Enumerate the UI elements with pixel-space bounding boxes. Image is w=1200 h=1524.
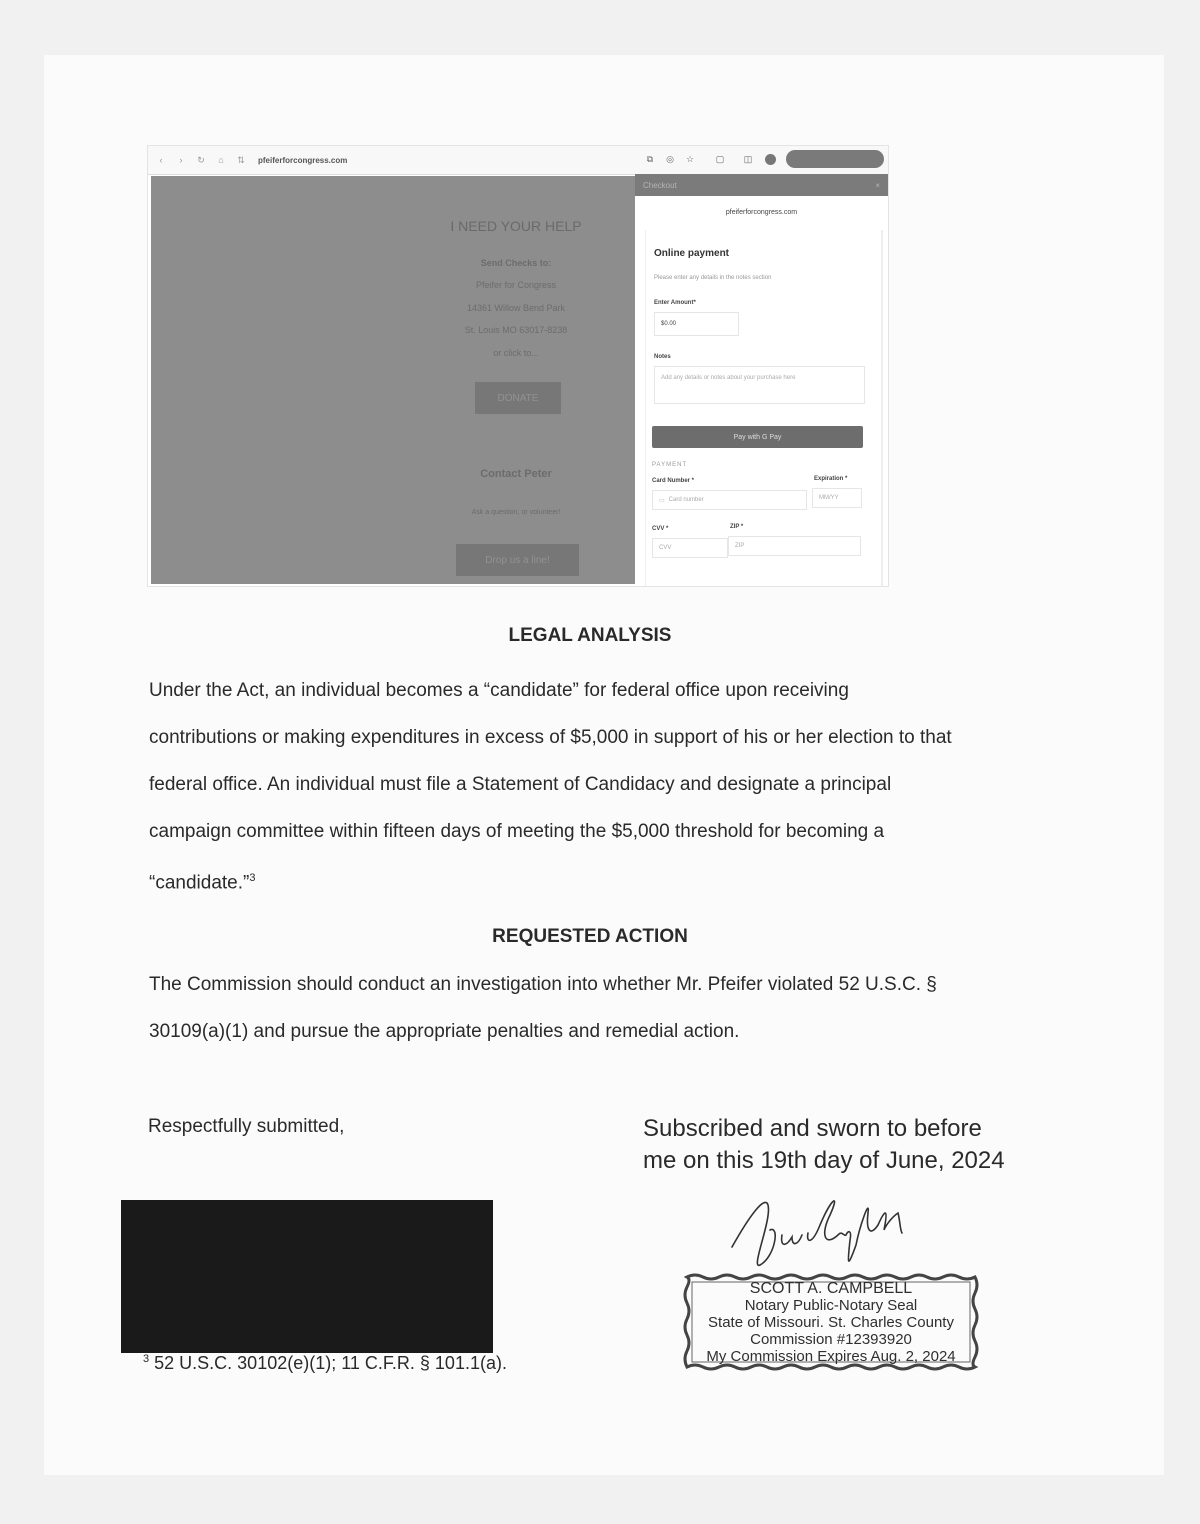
- checkout-title: Checkout: [643, 181, 677, 190]
- site-settings-icon: ⇅: [234, 155, 248, 166]
- contact-subtitle: Ask a question, or volunteer!: [421, 509, 611, 516]
- paragraph-line: campaign committee within fifteen days o…: [149, 808, 1049, 855]
- cvv-label: CVV *: [652, 526, 668, 532]
- gpay-button: Pay with G Pay: [652, 426, 863, 448]
- footnote-number: 3: [143, 1353, 149, 1365]
- card-number-field: ▭ Card number: [652, 490, 807, 510]
- paragraph-line: 30109(a)(1) and pursue the appropriate p…: [149, 1008, 1049, 1055]
- notary-jurisdiction: State of Missouri. St. Charles County: [683, 1314, 979, 1331]
- redacted-signature-block: [121, 1200, 493, 1353]
- browser-update-pill: [786, 150, 884, 168]
- address-bar-url: pfeiferforcongress.com: [258, 156, 347, 165]
- paragraph-line: The Commission should conduct an investi…: [149, 961, 1049, 1008]
- legal-analysis-heading: LEGAL ANALYSIS: [0, 625, 1180, 647]
- online-payment-subtitle: Please enter any details in the notes se…: [654, 275, 771, 281]
- footnote-text: 52 U.S.C. 30102(e)(1); 11 C.F.R. § 101.1…: [154, 1353, 507, 1373]
- hide-eye-icon: ◎: [663, 154, 677, 165]
- respectfully-submitted: Respectfully submitted,: [148, 1116, 344, 1138]
- notary-seal: SCOTT A. CAMPBELL Notary Public-Notary S…: [683, 1280, 979, 1365]
- bookmark-star-icon: ☆: [683, 154, 697, 165]
- donate-button: DONATE: [475, 382, 561, 414]
- notes-field: Add any details or notes about your purc…: [654, 366, 865, 404]
- paragraph-line: Under the Act, an individual becomes a “…: [149, 667, 1049, 714]
- credit-card-icon: ▭: [659, 497, 665, 504]
- paragraph-line: federal office. An individual must file …: [149, 761, 1049, 808]
- home-icon: ⌂: [214, 155, 228, 165]
- checkout-form: Online payment Please enter any details …: [645, 230, 883, 586]
- checkout-modal: Checkout × pfeiferforcongress.com Online…: [635, 174, 888, 586]
- back-arrow-icon: ‹: [154, 155, 168, 165]
- paragraph-line: contributions or making expenditures in …: [149, 714, 1049, 761]
- expiration-field: MM/YY: [812, 488, 862, 508]
- notary-name: SCOTT A. CAMPBELL: [683, 1280, 979, 1297]
- site-line: 14361 Willow Bend Park: [421, 303, 611, 313]
- expiration-label: Expiration *: [814, 476, 847, 482]
- requested-action-heading: REQUESTED ACTION: [0, 926, 1180, 948]
- contact-button: Drop us a line!: [456, 544, 579, 576]
- notary-expiration: My Commission Expires Aug. 2, 2024: [683, 1348, 979, 1365]
- amount-label: Enter Amount*: [654, 300, 696, 306]
- notes-label: Notes: [654, 354, 671, 360]
- site-heading: I NEED YOUR HELP: [421, 218, 611, 234]
- profile-avatar-icon: [765, 154, 776, 165]
- checkout-header: Checkout ×: [635, 174, 888, 196]
- contact-title: Contact Peter: [421, 468, 611, 480]
- browser-toolbar: ‹ › ↻ ⌂ ⇅ pfeiferforcongress.com ⧉ ◎ ☆ ▢…: [148, 146, 888, 175]
- extensions-icon: ▢: [713, 154, 727, 165]
- cvv-field: CVV: [652, 538, 728, 558]
- legal-analysis-body: Under the Act, an individual becomes a “…: [149, 667, 1049, 906]
- payment-caption: PAYMENT: [652, 462, 687, 468]
- embedded-website-screenshot: ‹ › ↻ ⌂ ⇅ pfeiferforcongress.com ⧉ ◎ ☆ ▢…: [148, 146, 888, 586]
- notary-commission-number: Commission #12393920: [683, 1331, 979, 1348]
- install-app-icon: ⧉: [643, 154, 657, 165]
- card-number-label: Card Number *: [652, 478, 694, 484]
- site-line: Pfeifer for Congress: [421, 280, 611, 290]
- notary-line-1: Subscribed and sworn to before: [643, 1113, 1005, 1145]
- footnote: 3 52 U.S.C. 30102(e)(1); 11 C.F.R. § 101…: [143, 1353, 507, 1374]
- amount-field: $0.00: [654, 312, 739, 336]
- site-line: or click to...: [421, 348, 611, 358]
- site-line: St. Louis MO 63017-8238: [421, 325, 611, 335]
- notary-statement: Subscribed and sworn to before me on thi…: [643, 1113, 1005, 1177]
- checkout-domain: pfeiferforcongress.com: [635, 209, 888, 216]
- requested-action-body: The Commission should conduct an investi…: [149, 961, 1049, 1055]
- footnote-reference: 3: [249, 872, 255, 884]
- zip-field: ZIP: [728, 536, 861, 556]
- reload-icon: ↻: [194, 155, 208, 166]
- paragraph-line-last: “candidate.”3: [149, 855, 1049, 906]
- paragraph-line-text: “candidate.”: [149, 872, 249, 893]
- notary-signature: [720, 1185, 920, 1275]
- website-overlay-background: I NEED YOUR HELP Send Checks to: Pfeifer…: [151, 176, 635, 584]
- zip-label: ZIP *: [730, 524, 743, 530]
- notary-title: Notary Public-Notary Seal: [683, 1297, 979, 1314]
- card-number-placeholder: Card number: [669, 497, 704, 503]
- online-payment-title: Online payment: [654, 248, 729, 259]
- site-line: Send Checks to:: [421, 258, 611, 268]
- close-icon: ×: [875, 181, 880, 190]
- notary-line-2: me on this 19th day of June, 2024: [643, 1145, 1005, 1177]
- forward-arrow-icon: ›: [174, 155, 188, 165]
- side-panel-icon: ◫: [741, 154, 755, 165]
